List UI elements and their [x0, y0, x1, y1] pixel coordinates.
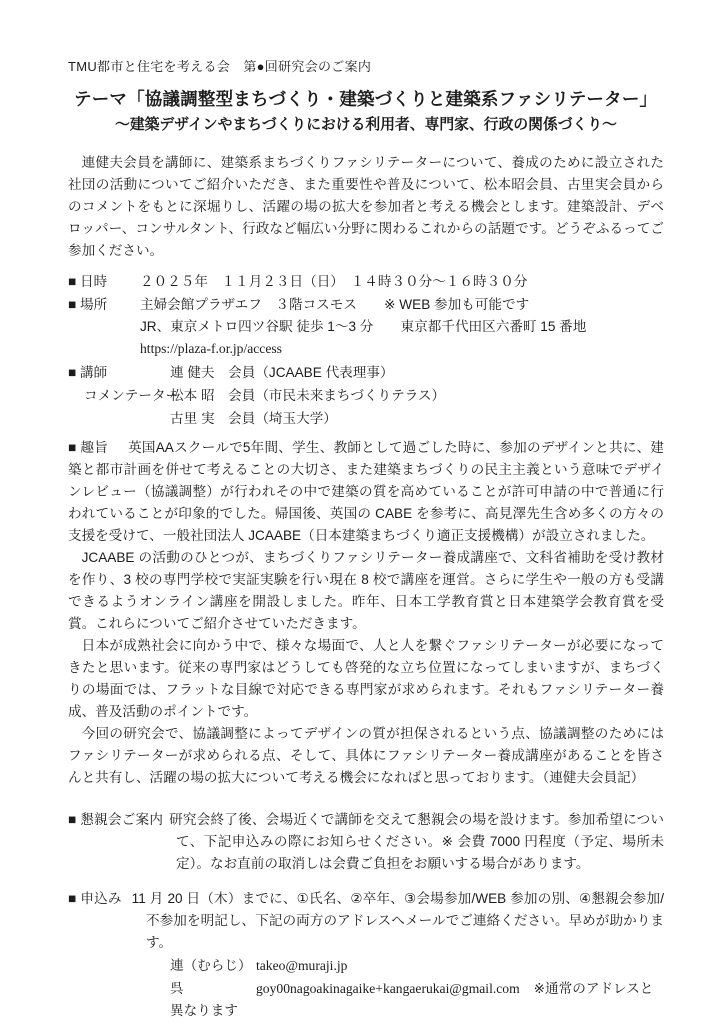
lecturer-name: 連 健夫 会員（JCAABE 代表理事） — [170, 362, 394, 384]
social-gathering-label: ■ 懇親会ご案内 — [68, 812, 163, 827]
schedule-label: ■ 日時 — [68, 271, 140, 293]
commentator-row-1: コメンテーター 松本 昭 会員（市民未来まちづくりテラス） — [68, 385, 664, 407]
intro-paragraph: 連健夫会員を講師に、建築系まちづくりファシリテーターについて、養成のために設立さ… — [68, 152, 664, 262]
application-section: ■ 申込み11 月 20 日（木）までに、①氏名、②卒年、③会場参加/WEB 参… — [68, 888, 664, 1022]
purpose-label: ■ 趣旨 — [68, 440, 108, 455]
contact-row-1: 連（むらじ）takeo@muraji.jp — [170, 955, 664, 977]
contact-email-2: goy00nagoakinagaike+kangaerukai@gmail.co… — [256, 981, 520, 996]
purpose-paragraph-3: 日本が成熟社会に向かう中で、様々な場面で、人と人を繋ぐファシリテーターが必要にな… — [68, 635, 664, 723]
contact-row-2: 呉goy00nagoakinagaike+kangaerukai@gmail.c… — [170, 978, 664, 1022]
venue-details: 主婦会館プラザエフ ３階コスモス ※ WEB 参加も可能です JR、東京メトロ四… — [140, 294, 664, 360]
venue-label: ■ 場所 — [68, 294, 140, 316]
commentator-name-2: 古里 実 会員（埼玉大学） — [170, 408, 337, 430]
lecturer-label: ■ 講師 — [68, 362, 170, 384]
social-gathering-text: 研究会終了後、会場近くで講師を交えて懇親会の場を設けます。参加希望について、下記… — [169, 812, 664, 871]
venue-url: https://plaza-f.or.jp/access — [140, 338, 664, 360]
application-text: 11 月 20 日（木）までに、①氏名、②卒年、③会場参加/WEB 参加の別、④… — [132, 891, 664, 950]
purpose-section: ■ 趣旨英国AAスクールで5年間、学生、教師として過ごした時に、参加のデザインと… — [68, 437, 664, 789]
page-title: テーマ「協議調整型まちづくり・建築づくりと建築系ファシリテーター」 — [74, 87, 664, 112]
purpose-paragraph-2: JCAABE の活動のひとつが、まちづくりファシリテーター養成講座で、文科省補助… — [68, 547, 664, 635]
document-page: TMU都市と住宅を考える会 第●回研究会のご案内 テーマ「協議調整型まちづくり・… — [0, 0, 724, 1024]
purpose-text-1: 英国AAスクールで5年間、学生、教師として過ごした時に、参加のデザインと共に、建… — [68, 440, 664, 543]
schedule-row: ■ 日時 ２０２５年 １１月２３日（日） １４時３０分～１６時３０分 — [68, 271, 664, 293]
venue-name-line: 主婦会館プラザエフ ３階コスモス ※ WEB 参加も可能です — [140, 294, 664, 316]
purpose-paragraph-1: ■ 趣旨英国AAスクールで5年間、学生、教師として過ごした時に、参加のデザインと… — [68, 437, 664, 547]
social-gathering-section: ■ 懇親会ご案内研究会終了後、会場近くで講師を交えて懇親会の場を設けます。参加希… — [68, 809, 664, 875]
commentator-name-1: 松本 昭 会員（市民未来まちづくりテラス） — [170, 385, 445, 407]
lecturer-row: ■ 講師 連 健夫 会員（JCAABE 代表理事） — [68, 362, 664, 384]
schedule-value: ２０２５年 １１月２３日（日） １４時３０分～１６時３０分 — [140, 271, 664, 293]
venue-access-line: JR、東京メトロ四ツ谷駅 徒歩 1～3 分 東京都千代田区六番町 15 番地 — [140, 316, 664, 338]
speakers-section: ■ 講師 連 健夫 会員（JCAABE 代表理事） コメンテーター 松本 昭 会… — [68, 362, 664, 430]
commentator-row-2: 古里 実 会員（埼玉大学） — [68, 408, 664, 430]
contact-name-2: 呉 — [170, 978, 256, 1000]
application-instructions: ■ 申込み11 月 20 日（木）までに、①氏名、②卒年、③会場参加/WEB 参… — [68, 888, 664, 954]
page-subtitle: ～建築デザインやまちづくりにおける利用者、専門家、行政の関係づくり～ — [68, 114, 664, 136]
contact-email-1: takeo@muraji.jp — [256, 958, 347, 973]
meeting-series-header: TMU都市と住宅を考える会 第●回研究会のご案内 — [68, 56, 664, 78]
application-label: ■ 申込み — [68, 891, 122, 906]
purpose-paragraph-4: 今回の研究会で、協議調整によってデザインの質が担保されるという点、協議調整のため… — [68, 723, 664, 789]
commentator-label: コメンテーター — [68, 385, 170, 407]
venue-row: ■ 場所 主婦会館プラザエフ ３階コスモス ※ WEB 参加も可能です JR、東… — [68, 294, 664, 360]
contact-name-1: 連（むらじ） — [170, 955, 256, 977]
